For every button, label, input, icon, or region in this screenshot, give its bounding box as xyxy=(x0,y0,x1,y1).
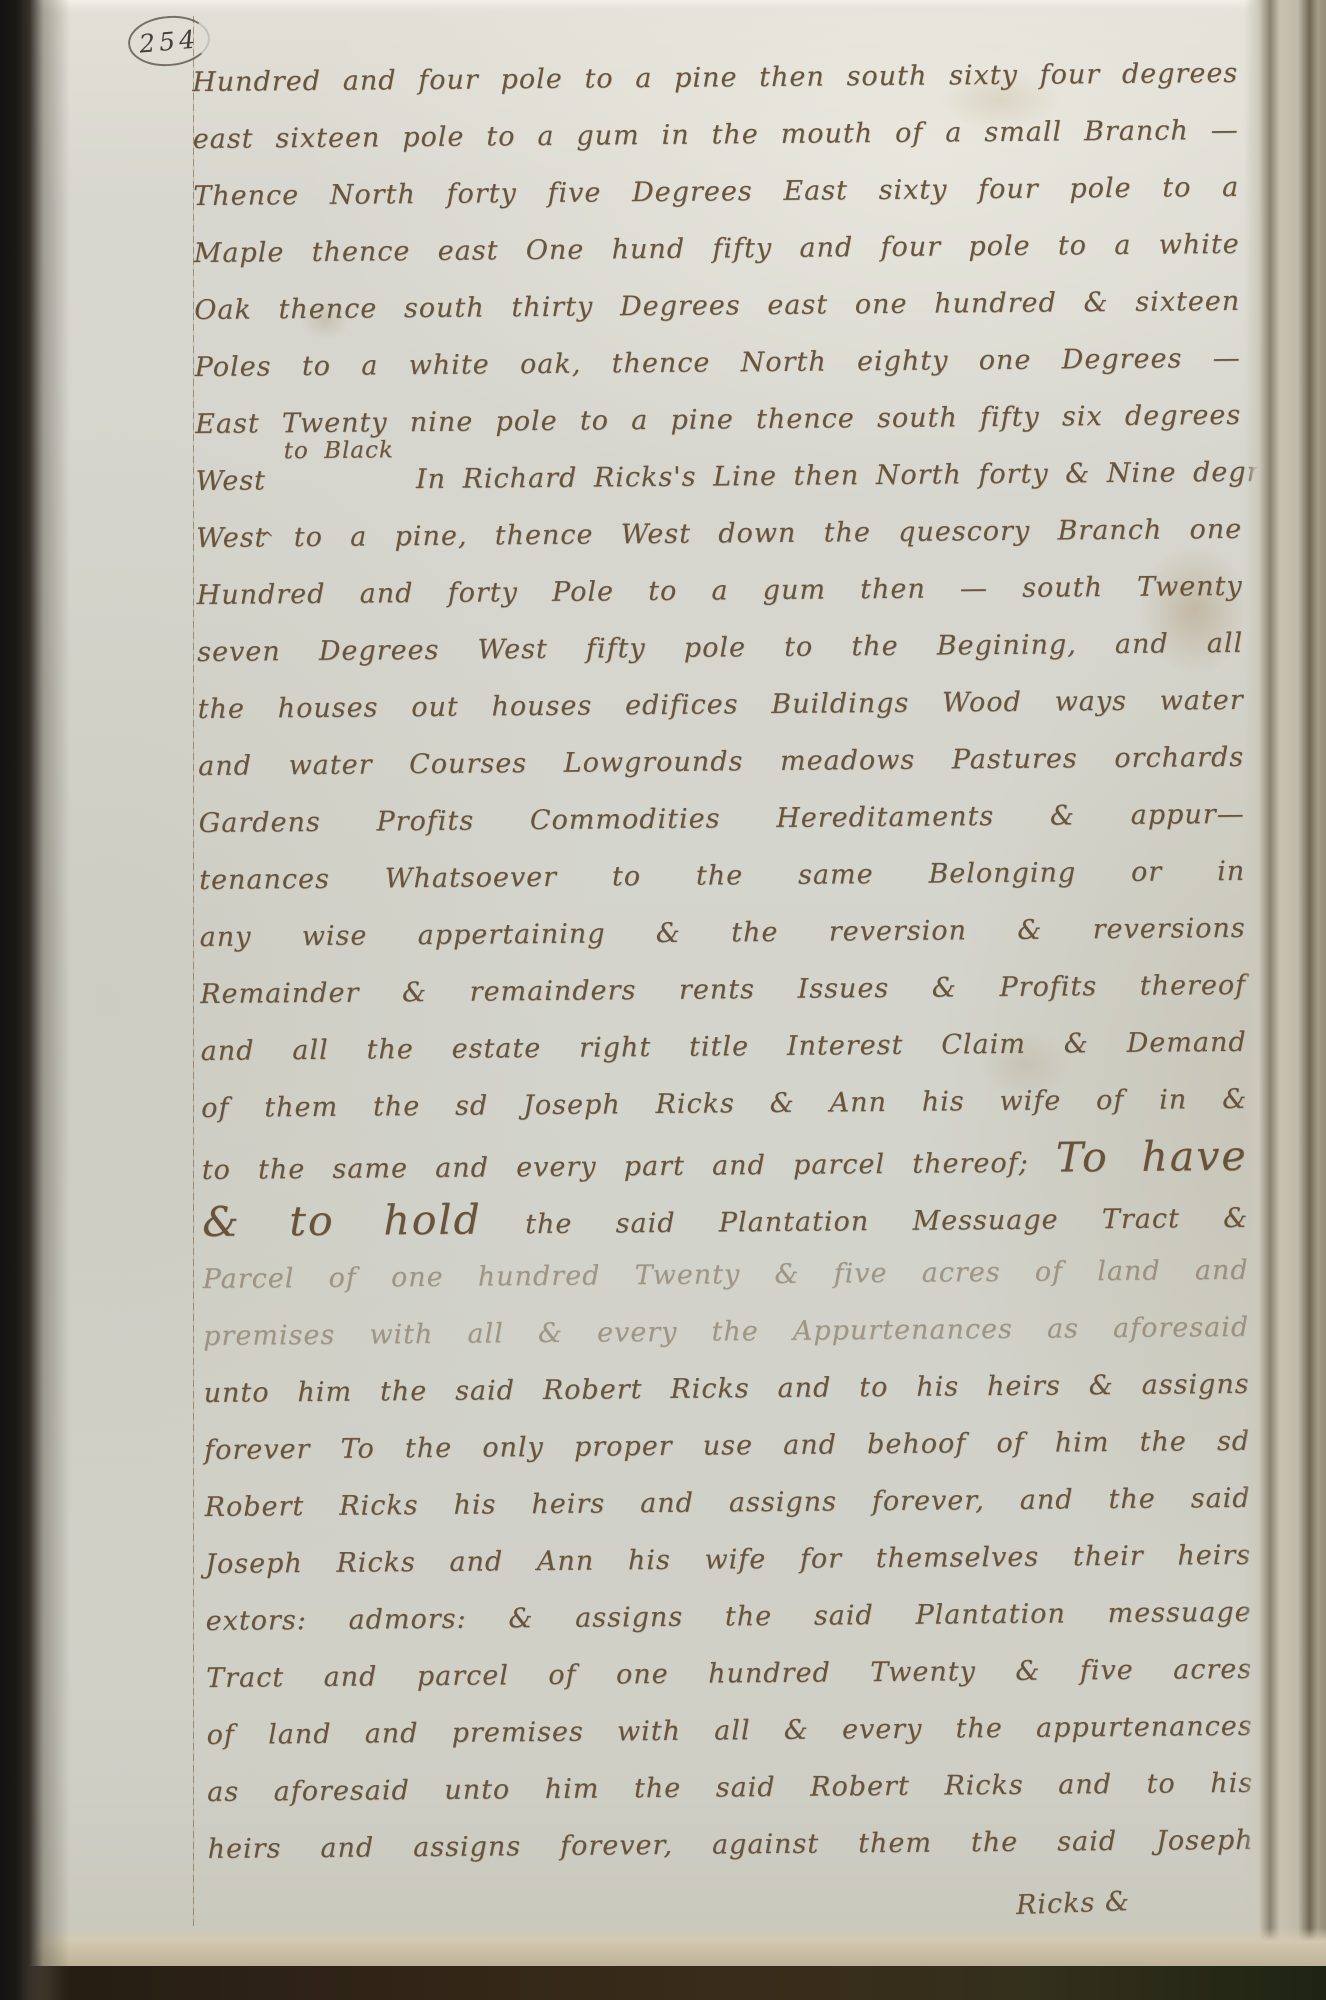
manuscript-line: seven Degrees West fifty pole to the Beg… xyxy=(197,615,1243,681)
manuscript-line: Westto Black^In Richard Ricks's Line the… xyxy=(195,444,1241,510)
manuscript-line: premises with all & every the Appurtenan… xyxy=(203,1299,1249,1365)
manuscript-word-span: Gardens Profits Commodities Hereditament… xyxy=(199,799,1245,839)
manuscript-word-span: and water Courses Lowgrounds meadows Pas… xyxy=(198,742,1244,782)
manuscript-line: Thence North forty five Degrees East six… xyxy=(193,159,1239,225)
manuscript-word-span: tenances Whatsoever to the same Belongin… xyxy=(199,856,1245,896)
scanned-page: 254 Hundred and four pole to a pine then… xyxy=(0,0,1326,2000)
manuscript-word-span: Hundred and forty Pole to a gum then — s… xyxy=(197,571,1243,611)
manuscript-line: east sixteen pole to a gum in the mouth … xyxy=(192,102,1238,168)
manuscript-word-span: Remainder & remainders rents Issues & Pr… xyxy=(200,970,1246,1010)
manuscript-line: extors: admors: & assigns the said Plant… xyxy=(205,1584,1251,1650)
manuscript-line: the houses out houses edifices Buildings… xyxy=(197,672,1243,738)
manuscript-word-span: to Black xyxy=(284,439,394,463)
manuscript-line: heirs and assigns forever, against them … xyxy=(207,1812,1253,1878)
page-right-edge xyxy=(1244,0,1326,2000)
manuscript-line: Gardens Profits Commodities Hereditament… xyxy=(198,786,1244,852)
manuscript-line: Robert Ricks his heirs and assigns forev… xyxy=(204,1470,1250,1536)
manuscript-word-span: Joseph Ricks and Ann his wife for themse… xyxy=(205,1540,1251,1580)
manuscript-word-span: east sixteen pole to a gum in the mouth … xyxy=(193,115,1239,155)
manuscript-word-span: West xyxy=(196,465,267,497)
manuscript-line: and all the estate right title Interest … xyxy=(200,1014,1246,1080)
manuscript-word-span: & to hold xyxy=(202,1196,482,1246)
manuscript-line: and water Courses Lowgrounds meadows Pas… xyxy=(198,729,1244,795)
catchword: Ricks & xyxy=(1016,1886,1131,1921)
manuscript-word-span: Thence North forty five Degrees East six… xyxy=(193,172,1239,212)
manuscript-word-span: premises with all & every the Appurtenan… xyxy=(203,1312,1249,1352)
manuscript-line: any wise appertaining & the reversion & … xyxy=(199,900,1245,966)
manuscript-line: forever To the only proper use and behoo… xyxy=(204,1413,1250,1479)
manuscript-word-span: Hundred and four pole to a pine then sou… xyxy=(192,58,1238,98)
manuscript-word-span: of them the sd Joseph Ricks & Ann his wi… xyxy=(201,1084,1247,1124)
manuscript-line: Oak thence south thirty Degrees east one… xyxy=(194,273,1240,339)
manuscript-word-span: Maple thence east One hund fifty and fou… xyxy=(194,229,1240,269)
manuscript-line: Tract and parcel of one hundred Twenty &… xyxy=(206,1641,1252,1707)
manuscript-word-span: to the same and every part and parcel th… xyxy=(202,1148,1056,1186)
manuscript-word-span: any wise appertaining & the reversion & … xyxy=(200,913,1246,953)
manuscript-line: as aforesaid unto him the said Robert Ri… xyxy=(207,1755,1253,1821)
manuscript-line: Maple thence east One hund fifty and fou… xyxy=(193,216,1239,282)
manuscript-word-span: Parcel of one hundred Twenty & five acre… xyxy=(203,1255,1249,1295)
manuscript-word-span: seven Degrees West fifty pole to the Beg… xyxy=(197,628,1243,668)
interlineation: to Black^ xyxy=(266,488,416,489)
manuscript-line: Poles to a white oak, thence North eight… xyxy=(194,330,1240,396)
manuscript-line: Parcel of one hundred Twenty & five acre… xyxy=(202,1242,1248,1308)
manuscript-word-span: the said Plantation Messuage Tract & xyxy=(482,1203,1249,1241)
manuscript-line: of land and premises with all & every th… xyxy=(206,1698,1252,1764)
manuscript-word-span: Robert Ricks his heirs and assigns forev… xyxy=(205,1483,1251,1523)
manuscript-word-span: heirs and assigns forever, against them … xyxy=(208,1825,1254,1865)
manuscript-line: Hundred and forty Pole to a gum then — s… xyxy=(196,558,1242,624)
manuscript-word-span: Oak thence south thirty Degrees east one… xyxy=(194,286,1240,326)
table-edge-bottom xyxy=(0,1966,1326,2000)
manuscript-text: Hundred and four pole to a pine then sou… xyxy=(192,45,1254,1878)
manuscript-line: & to hold the said Plantation Messuage T… xyxy=(202,1185,1248,1251)
manuscript-word-span: ^ xyxy=(260,509,275,566)
manuscript-word-span: East Twenty nine pole to a pine thence s… xyxy=(195,400,1241,440)
manuscript-word-span: West to a pine, thence West down the que… xyxy=(196,514,1242,554)
manuscript-line: Joseph Ricks and Ann his wife for themse… xyxy=(205,1527,1251,1593)
manuscript-word-span: Tract and parcel of one hundred Twenty &… xyxy=(206,1654,1252,1694)
manuscript-line: tenances Whatsoever to the same Belongin… xyxy=(199,843,1245,909)
manuscript-word-span: In Richard Ricks's Line then North forty… xyxy=(416,456,1310,495)
book-binding-edge xyxy=(0,0,70,2000)
manuscript-word-span: of land and premises with all & every th… xyxy=(207,1711,1253,1751)
manuscript-word-span: Poles to a white oak, thence North eight… xyxy=(195,343,1241,383)
manuscript-word-span: as aforesaid unto him the said Robert Ri… xyxy=(207,1768,1253,1808)
manuscript-line: to the same and every part and parcel th… xyxy=(201,1128,1247,1194)
page-top-edge xyxy=(0,0,1326,14)
manuscript-word-span: and all the estate right title Interest … xyxy=(201,1027,1247,1067)
manuscript-line: Remainder & remainders rents Issues & Pr… xyxy=(200,957,1246,1023)
page-number-text: 254 xyxy=(138,24,200,58)
manuscript-word-span: To have xyxy=(1056,1132,1248,1182)
manuscript-word-span: forever To the only proper use and behoo… xyxy=(204,1426,1250,1466)
manuscript-line: Hundred and four pole to a pine then sou… xyxy=(192,45,1238,111)
manuscript-word-span: the houses out houses edifices Buildings… xyxy=(198,685,1244,725)
manuscript-word-span: unto him the said Robert Ricks and to hi… xyxy=(204,1369,1250,1409)
manuscript-line: of them the sd Joseph Ricks & Ann his wi… xyxy=(201,1071,1247,1137)
manuscript-word-span: extors: admors: & assigns the said Plant… xyxy=(206,1597,1252,1637)
manuscript-line: West to a pine, thence West down the que… xyxy=(196,501,1242,567)
manuscript-line: unto him the said Robert Ricks and to hi… xyxy=(203,1356,1249,1422)
